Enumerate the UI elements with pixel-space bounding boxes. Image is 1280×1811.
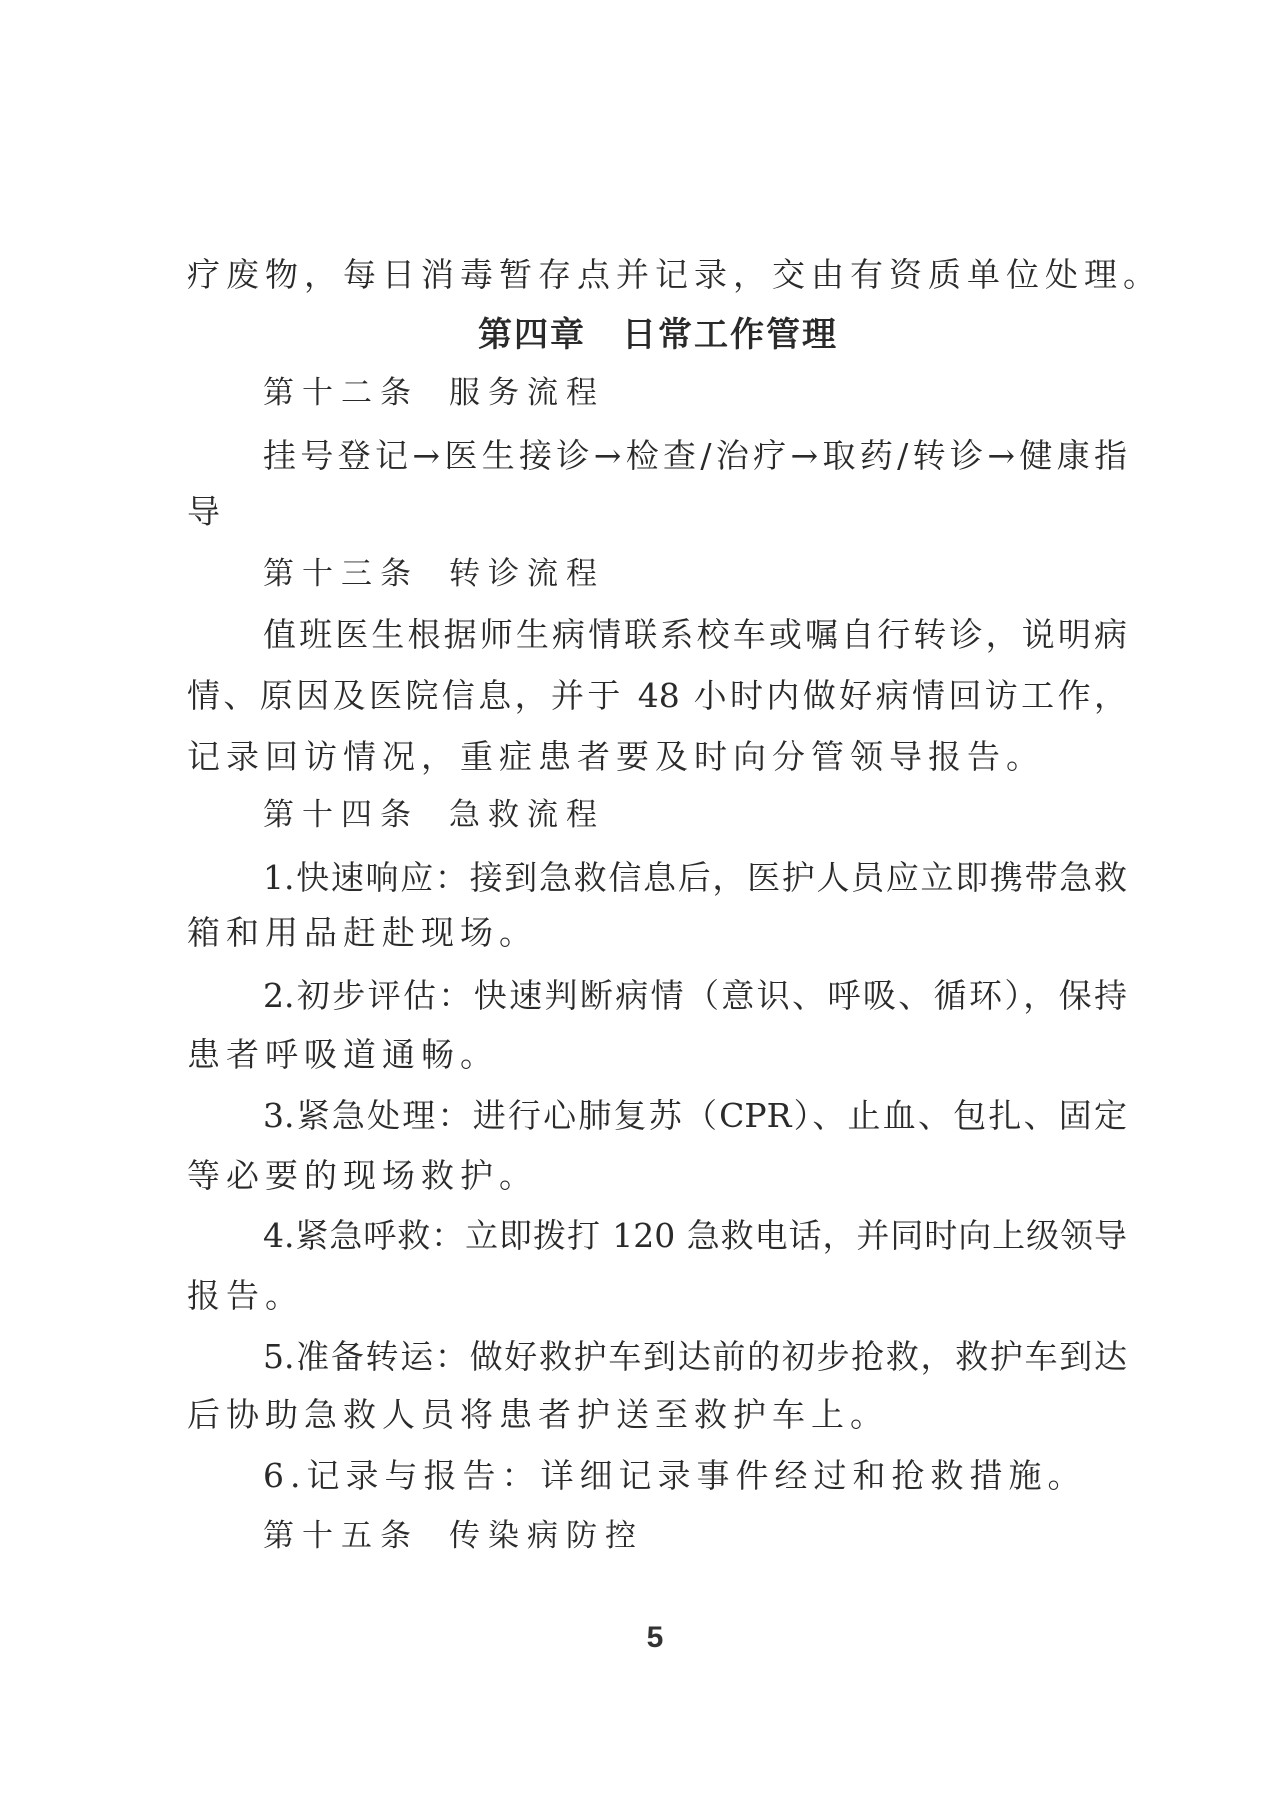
article-title: 传染病防控 [449,1518,644,1554]
chapter-number: 第四章 [478,315,586,355]
article-12-heading: 第十二条服务流程 [263,373,1127,413]
paragraph-line: 挂号登记→医生接诊→检查/治疗→取药/转诊→健康指 [263,436,1127,476]
chapter-heading: 第四章日常工作管理 [0,315,1280,355]
paragraph-line: 记录回访情况，重症患者要及时向分管领导报告。 [187,737,1127,777]
document-page: 疗废物，每日消毒暂存点并记录，交由有资质单位处理。 第四章日常工作管理 第十二条… [0,0,1280,1811]
article-number: 第十二条 [263,375,419,411]
list-item-line: 报告。 [187,1276,1127,1316]
article-13-heading: 第十三条转诊流程 [263,554,1127,594]
continuation-line: 疗废物，每日消毒暂存点并记录，交由有资质单位处理。 [187,255,1127,295]
list-item-line: 患者呼吸道通畅。 [187,1035,1127,1075]
chapter-title: 日常工作管理 [622,315,838,355]
article-title: 服务流程 [449,375,605,411]
list-item-line: 2.初步评估：快速判断病情（意识、呼吸、循环），保持 [263,976,1127,1016]
paragraph-line: 情、原因及医院信息，并于 48 小时内做好病情回访工作， [187,676,1127,716]
list-item-line: 箱和用品赶赴现场。 [187,913,1127,953]
list-item-line: 后协助急救人员将患者护送至救护车上。 [187,1395,1127,1435]
article-number: 第十三条 [263,556,419,592]
paragraph-line: 导 [187,492,1127,532]
article-number: 第十五条 [263,1518,419,1554]
article-title: 转诊流程 [449,556,605,592]
list-item-line: 5.准备转运：做好救护车到达前的初步抢救，救护车到达 [263,1337,1127,1377]
list-item-line: 4.紧急呼救：立即拨打 120 急救电话，并同时向上级领导 [263,1216,1127,1256]
list-item-line: 6.记录与报告：详细记录事件经过和抢救措施。 [263,1456,1127,1496]
list-item-line: 3.紧急处理：进行心肺复苏（CPR）、止血、包扎、固定 [263,1096,1127,1136]
page-number: 5 [0,1618,1280,1658]
article-number: 第十四条 [263,797,419,833]
article-14-heading: 第十四条急救流程 [263,795,1127,835]
list-item-line: 等必要的现场救护。 [187,1156,1127,1196]
article-title: 急救流程 [449,797,605,833]
list-item-line: 1.快速响应：接到急救信息后，医护人员应立即携带急救 [263,858,1127,898]
article-15-heading: 第十五条传染病防控 [263,1516,1127,1556]
paragraph-line: 值班医生根据师生病情联系校车或嘱自行转诊，说明病 [263,615,1127,655]
